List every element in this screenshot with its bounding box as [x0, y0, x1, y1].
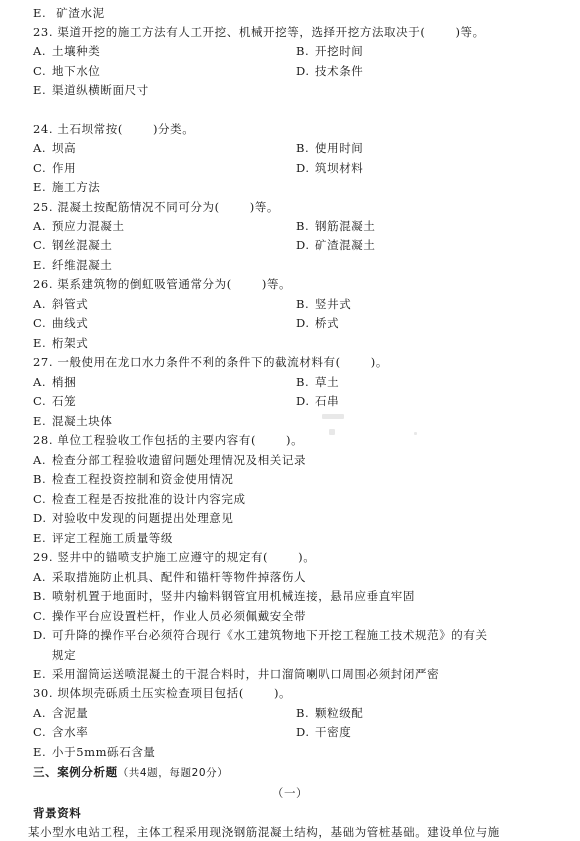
option-label: D.: [296, 62, 315, 80]
option-text: 石笼: [52, 394, 76, 408]
option-label: C.: [33, 62, 52, 80]
option-text: 施工方法: [52, 180, 100, 194]
question-text-end: )分类。: [153, 122, 194, 136]
option-label: E.: [33, 256, 52, 274]
option-label: D.: [296, 159, 315, 177]
question-number: 24.: [33, 122, 53, 136]
question-text-end: )等。: [250, 200, 279, 214]
question-28-option-a: A.检查分部工程验收遗留问题处理情况及相关记录: [33, 451, 306, 469]
exam-page: E. 矿渣水泥 23. 渠道开挖的施工方法有人工开挖、机械开挖等，选择开挖方法取…: [0, 0, 580, 841]
question-28-option-b: B.检查工程投资控制和资金使用情况: [33, 470, 234, 488]
question-25-option-c: C.钢丝混凝土: [33, 236, 113, 254]
question-26-stem: 26. 渠系建筑物的倒虹吸管通常分为()等。: [33, 275, 291, 293]
option-text: 含水率: [52, 725, 88, 739]
option-text: 梢捆: [52, 375, 76, 389]
question-24-option-e: E.施工方法: [33, 178, 100, 196]
question-30-stem: 30. 坝体坝壳砾质土压实检查项目包括()。: [33, 684, 291, 702]
question-29-option-d-continuation: 规定: [52, 646, 76, 664]
question-text-end: )等。: [262, 277, 291, 291]
option-label: C.: [33, 236, 52, 254]
scan-artifact: [322, 414, 344, 419]
option-text: 竖井式: [315, 297, 351, 311]
question-text: 坝体坝壳砾质土压实检查项目包括(: [57, 686, 244, 700]
option-text: 可升降的操作平台必须符合现行《水工建筑物地下开挖工程施工技术规范》的有关: [52, 628, 488, 642]
question-23-option-c: C.地下水位: [33, 62, 100, 80]
question-26-option-e: E.桁架式: [33, 334, 88, 352]
option-label: B.: [296, 217, 315, 235]
option-label: C.: [33, 723, 52, 741]
option-text: 检查工程是否按批准的设计内容完成: [52, 492, 246, 506]
option-text: 评定工程施工质量等级: [52, 531, 173, 545]
option-text: 钢丝混凝土: [52, 238, 113, 252]
option-label: A.: [33, 217, 52, 235]
option-label: C.: [33, 314, 52, 332]
question-number: 29.: [33, 550, 53, 564]
background-text: 某小型水电站工程，主体工程采用现浇钢筋混凝土结构，基础为管桩基础。建设单位与施: [28, 823, 500, 841]
question-25-stem: 25. 混凝土按配筋情况不同可分为()等。: [33, 198, 279, 216]
option-label: B.: [296, 42, 315, 60]
question-28-option-e: E.评定工程施工质量等级: [33, 529, 173, 547]
option-text: 检查分部工程验收遗留问题处理情况及相关记录: [52, 453, 306, 467]
option-label: C.: [33, 607, 52, 625]
section-subtitle: （共4题，每题20分）: [118, 767, 229, 779]
question-23-option-a: A.土壤种类: [33, 42, 100, 60]
option-label: D.: [33, 509, 52, 527]
option-text: 采用溜筒运送喷混凝土的干混合料时，井口溜筒喇叭口周围必须封闭严密: [52, 667, 439, 681]
question-25-option-a: A.预应力混凝土: [33, 217, 125, 235]
option-text: 渠道纵横断面尺寸: [52, 83, 149, 97]
option-text: 石串: [315, 394, 339, 408]
option-text: 矿渣混凝土: [315, 238, 376, 252]
option-text: 地下水位: [52, 64, 100, 78]
question-text: 渠系建筑物的倒虹吸管通常分为(: [57, 277, 232, 291]
question-25-option-b: B.钢筋混凝土: [296, 217, 376, 235]
option-label: C.: [33, 159, 52, 177]
question-24-option-b: B.使用时间: [296, 139, 363, 157]
option-text: 筑坝材料: [315, 161, 363, 175]
option-label: B.: [296, 139, 315, 157]
option-text: 开挖时间: [315, 44, 363, 58]
question-27-option-d: D.石串: [296, 392, 339, 410]
option-text: 颗粒级配: [315, 706, 363, 720]
option-text: 斜管式: [52, 297, 88, 311]
option-label: E.: [33, 529, 52, 547]
question-30-option-b: B.颗粒级配: [296, 704, 363, 722]
option-text: 坝高: [52, 141, 76, 155]
question-text-end: )。: [298, 550, 315, 564]
option-label: A.: [33, 568, 52, 586]
question-24-option-a: A.坝高: [33, 139, 76, 157]
question-number: 27.: [33, 355, 53, 369]
question-text-end: )。: [371, 355, 388, 369]
option-label: C.: [33, 392, 52, 410]
question-text-end: )等。: [455, 25, 484, 39]
question-30-option-e: E.小于5mm砾石含量: [33, 743, 156, 761]
option-label: E.: [33, 743, 52, 761]
option-text: 草土: [315, 375, 339, 389]
scan-artifact: [414, 432, 417, 435]
section-title: 三、案例分析题: [33, 765, 118, 779]
option-text: 曲线式: [52, 316, 88, 330]
question-number: 26.: [33, 277, 53, 291]
option-text: 桥式: [315, 316, 339, 330]
option-label: B.: [296, 704, 315, 722]
question-23-option-e: E.渠道纵横断面尺寸: [33, 81, 149, 99]
option-text: 对验收中发现的问题提出处理意见: [52, 511, 234, 525]
option-label: C.: [33, 490, 52, 508]
question-24-stem: 24. 土石坝常按()分类。: [33, 120, 194, 138]
option-text: 采取措施防止机具、配件和锚杆等物件掉落伤人: [52, 570, 306, 584]
option-label: E.: [33, 412, 52, 430]
question-text: 混凝土按配筋情况不同可分为(: [57, 200, 219, 214]
option-label: B.: [296, 295, 315, 313]
option-label: A.: [33, 373, 52, 391]
scan-artifact: [329, 429, 335, 435]
option-label: D.: [33, 626, 52, 644]
question-29-option-d: D.可升降的操作平台必须符合现行《水工建筑物地下开挖工程施工技术规范》的有关: [33, 626, 488, 644]
option-text: 矿渣水泥: [56, 6, 104, 20]
question-23-option-d: D.技术条件: [296, 62, 363, 80]
option-text: 操作平台应设置栏杆，作业人员必须佩戴安全带: [52, 609, 306, 623]
option-label: E.: [33, 81, 52, 99]
option-text: 纤维混凝土: [52, 258, 113, 272]
question-25-option-d: D.矿渣混凝土: [296, 236, 376, 254]
option-text: 含泥量: [52, 706, 88, 720]
option-text: 检查工程投资控制和资金使用情况: [52, 472, 234, 486]
option-label: E.: [33, 178, 52, 196]
question-29-option-e: E.采用溜筒运送喷混凝土的干混合料时，井口溜筒喇叭口周围必须封闭严密: [33, 665, 439, 683]
section-heading: 三、案例分析题（共4题，每题20分）: [33, 763, 228, 781]
question-text-end: )。: [274, 686, 291, 700]
option-label: E.: [33, 334, 52, 352]
case-number: （一）: [0, 784, 580, 802]
question-27-option-c: C.石笼: [33, 392, 76, 410]
question-30-option-c: C.含水率: [33, 723, 88, 741]
question-number: 25.: [33, 200, 53, 214]
question-29-option-a: A.采取措施防止机具、配件和锚杆等物件掉落伤人: [33, 568, 306, 586]
question-24-option-c: C.作用: [33, 159, 76, 177]
question-text: 单位工程验收工作包括的主要内容有(: [57, 433, 256, 447]
option-text: 桁架式: [52, 336, 88, 350]
question-29-stem: 29. 竖井中的锚喷支护施工应遵守的规定有()。: [33, 548, 315, 566]
question-26-option-a: A.斜管式: [33, 295, 88, 313]
question-28-option-d: D.对验收中发现的问题提出处理意见: [33, 509, 234, 527]
question-24-option-d: D.筑坝材料: [296, 159, 363, 177]
option-label: D.: [296, 723, 315, 741]
question-text: 一般使用在龙口水力条件不利的条件下的截流材料有(: [57, 355, 340, 369]
question-27-option-b: B.草土: [296, 373, 339, 391]
prev-question-option-e: E. 矿渣水泥: [33, 4, 105, 22]
option-text: 使用时间: [315, 141, 363, 155]
question-27-option-e: E.混凝土块体: [33, 412, 113, 430]
option-label: A.: [33, 295, 52, 313]
option-label: B.: [33, 470, 52, 488]
option-text: 规定: [52, 648, 76, 662]
question-number: 30.: [33, 686, 53, 700]
question-29-option-c: C.操作平台应设置栏杆，作业人员必须佩戴安全带: [33, 607, 306, 625]
option-text: 喷射机置于地面时，竖井内输料钢管宜用机械连接，悬吊应垂直牢固: [52, 589, 415, 603]
question-27-option-a: A.梢捆: [33, 373, 76, 391]
question-26-option-b: B.竖井式: [296, 295, 351, 313]
background-heading: 背景资料: [33, 804, 81, 822]
question-text: 渠道开挖的施工方法有人工开挖、机械开挖等，选择开挖方法取决于(: [57, 25, 425, 39]
option-text: 混凝土块体: [52, 414, 113, 428]
question-28-option-c: C.检查工程是否按批准的设计内容完成: [33, 490, 246, 508]
question-27-stem: 27. 一般使用在龙口水力条件不利的条件下的截流材料有()。: [33, 353, 388, 371]
question-23-stem: 23. 渠道开挖的施工方法有人工开挖、机械开挖等，选择开挖方法取决于()等。: [33, 23, 485, 41]
option-text: 小于5mm砾石含量: [52, 745, 156, 759]
option-label: D.: [296, 392, 315, 410]
option-label: E.: [33, 4, 52, 22]
option-text: 干密度: [315, 725, 351, 739]
question-30-option-a: A.含泥量: [33, 704, 88, 722]
option-label: A.: [33, 704, 52, 722]
option-text: 作用: [52, 161, 76, 175]
question-text: 竖井中的锚喷支护施工应遵守的规定有(: [57, 550, 268, 564]
option-text: 土壤种类: [52, 44, 100, 58]
option-text: 技术条件: [315, 64, 363, 78]
option-label: A.: [33, 139, 52, 157]
option-label: B.: [296, 373, 315, 391]
option-text: 钢筋混凝土: [315, 219, 376, 233]
question-text: 土石坝常按(: [57, 122, 123, 136]
option-label: A.: [33, 451, 52, 469]
question-29-option-b: B.喷射机置于地面时，竖井内输料钢管宜用机械连接，悬吊应垂直牢固: [33, 587, 415, 605]
option-label: E.: [33, 665, 52, 683]
question-26-option-d: D.桥式: [296, 314, 339, 332]
question-number: 23.: [33, 25, 53, 39]
question-30-option-d: D.干密度: [296, 723, 351, 741]
option-text: 预应力混凝土: [52, 219, 125, 233]
question-text-end: )。: [286, 433, 303, 447]
question-26-option-c: C.曲线式: [33, 314, 88, 332]
option-label: A.: [33, 42, 52, 60]
option-label: D.: [296, 236, 315, 254]
question-25-option-e: E.纤维混凝土: [33, 256, 113, 274]
question-23-option-b: B.开挖时间: [296, 42, 363, 60]
option-label: B.: [33, 587, 52, 605]
question-number: 28.: [33, 433, 53, 447]
option-label: D.: [296, 314, 315, 332]
question-28-stem: 28. 单位工程验收工作包括的主要内容有()。: [33, 431, 303, 449]
